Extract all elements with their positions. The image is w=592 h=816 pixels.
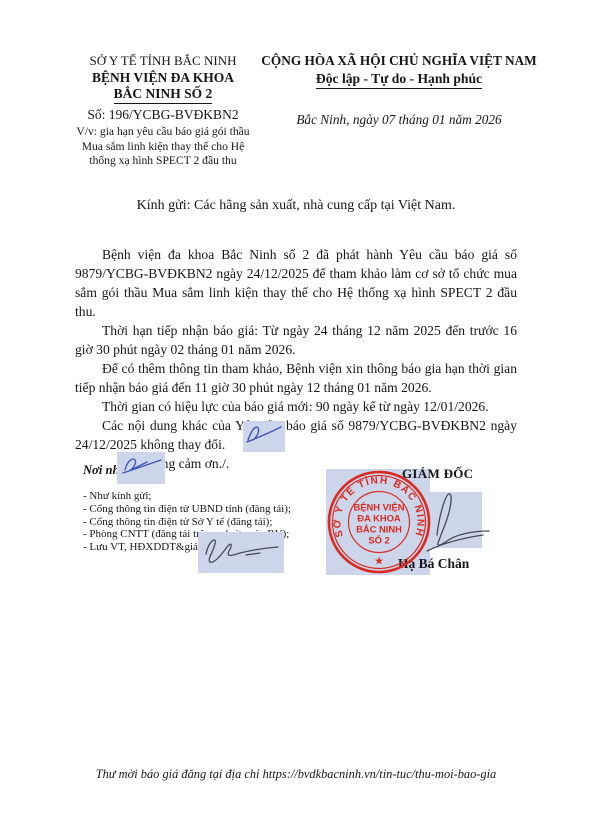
document-subject: V/v: gia hạn yêu cầu báo giá gói thầu Mu… (69, 125, 257, 169)
blue-initial-icon (117, 452, 165, 479)
national-header: CỘNG HÒA XÃ HỘI CHỦ NGHĨA VIỆT NAM Độc l… (246, 52, 552, 128)
stamp-center-line: ĐA KHOA (357, 513, 401, 524)
stamp-center-line: SỐ 2 (368, 535, 389, 546)
handwritten-initial-closing (243, 421, 285, 452)
blue-initial-icon (243, 421, 285, 447)
parent-org-name: SỞ Y TẾ TỈNH BẮC NINH (56, 52, 270, 69)
org-name-line1: BỆNH VIỆN ĐA KHOA (56, 69, 270, 86)
dark-signature-icon (423, 487, 495, 555)
official-letter-page: SỞ Y TẾ TỈNH BẮC NINH BỆNH VIỆN ĐA KHOA … (0, 0, 592, 816)
recipient-item: - Như kính gửi; (83, 490, 333, 503)
document-number: Số: 196/YCBG-BVĐKBN2 (56, 106, 270, 124)
handwritten-signature-clerk (198, 532, 284, 573)
stamp-star: ★ (374, 556, 384, 568)
recipient-item: - Cổng thông tin điện tử UBND tỉnh (đăng… (83, 503, 333, 516)
paragraph-1: Bệnh viện đa khoa Bắc Ninh số 2 đã phát … (75, 245, 517, 321)
official-red-stamp: SỞ Y TẾ TỈNH BẮC NINH ★ BỆNH VIỆN ĐA KHO… (325, 467, 433, 582)
footer-publication-note: Thư mời báo giá đăng tại địa chỉ https:/… (0, 767, 592, 782)
stamp-center-line: BỆNH VIỆN (353, 502, 404, 513)
org-name-line2: BẮC NINH SỐ 2 (56, 86, 270, 104)
paragraph-2: Thời hạn tiếp nhận báo giá: Từ ngày 24 t… (75, 321, 517, 359)
stamp-center-line: BẮC NINH (356, 524, 402, 535)
letter-body: Bệnh viện đa khoa Bắc Ninh số 2 đã phát … (75, 245, 517, 473)
round-seal-icon: SỞ Y TẾ TỈNH BẮC NINH ★ BỆNH VIỆN ĐA KHO… (325, 467, 433, 577)
handwritten-initial-recipients (117, 452, 165, 484)
dark-signature-icon (198, 532, 284, 568)
national-motto: Độc lập - Tự do - Hạnh phúc (246, 70, 552, 89)
director-signature (423, 487, 495, 560)
paragraph-4: Thời gian có hiệu lực của báo giá mới: 9… (75, 397, 517, 416)
issuer-header: SỞ Y TẾ TỈNH BẮC NINH BỆNH VIỆN ĐA KHOA … (56, 52, 270, 169)
salutation-line: Kính gửi: Các hãng sản xuất, nhà cung cấ… (0, 198, 592, 214)
country-title: CỘNG HÒA XÃ HỘI CHỦ NGHĨA VIỆT NAM (246, 52, 552, 69)
recipient-item: - Cổng thông tin điện tử Sở Y tế (đăng t… (83, 516, 333, 529)
paragraph-5: Các nội dung khác của Yêu cầu báo giá số… (75, 416, 517, 454)
place-and-date: Bắc Ninh, ngày 07 tháng 01 năm 2026 (246, 112, 552, 128)
paragraph-3: Để có thêm thông tin tham khảo, Bệnh việ… (75, 359, 517, 397)
